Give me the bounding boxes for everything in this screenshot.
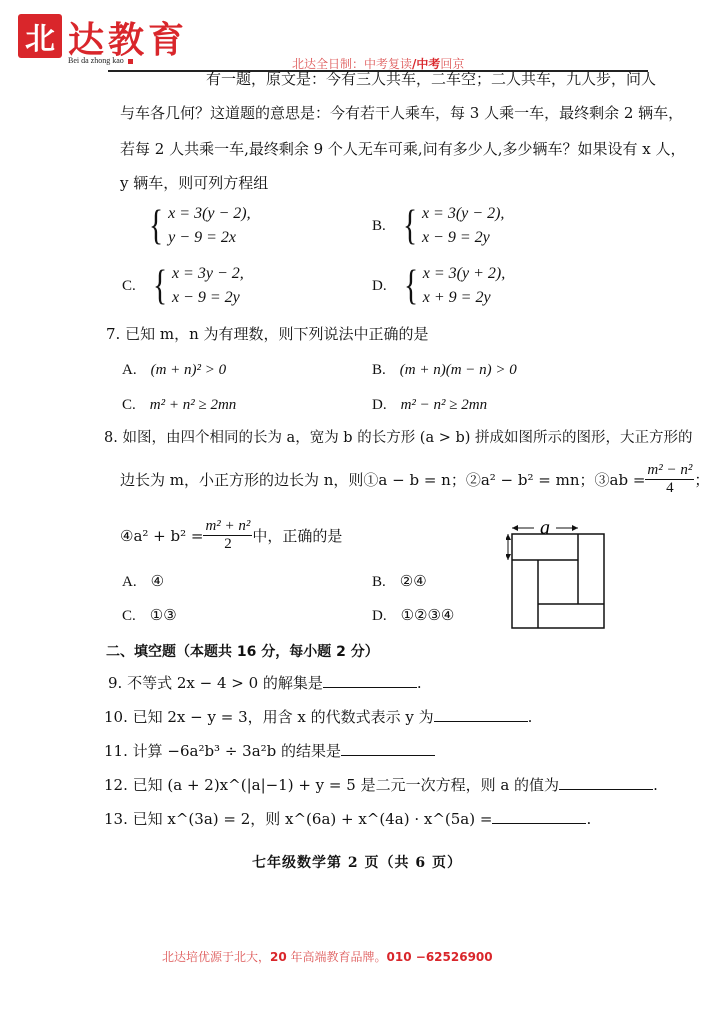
equation: x = 3y − 2, — [172, 262, 244, 286]
brace-icon: { — [404, 265, 418, 307]
q7-option-b[interactable]: B.(m + n)(m − n) > 0 — [372, 360, 517, 379]
option-text: (m + n)(m − n) > 0 — [400, 362, 517, 378]
page-number: 七年级数学第 2 页（共 6 页） — [252, 852, 462, 872]
option-text: ②④ — [400, 572, 427, 590]
option-label: D. — [372, 397, 387, 413]
question-text: 13. 已知 x^(3a) = 2，则 x^(6a) + x^(4a) · x^… — [104, 810, 492, 828]
fraction: m² − n²4 — [645, 462, 694, 497]
equation: x = 3(y + 2), — [423, 262, 505, 286]
option-text: m² + n² ≥ 2mn — [150, 397, 237, 413]
q12: 12. 已知 (a + 2)x^(|a|−1) + y = 5 是二元一次方程，… — [104, 774, 658, 795]
q8-line-2: 边长为 m，小正方形的边长为 n，则①a − b = n；②a² − b² = … — [120, 462, 709, 497]
fraction: m² + n²2 — [203, 518, 252, 553]
option-label: A. — [122, 574, 137, 590]
option-text: ①③ — [150, 606, 177, 624]
q8-text: ； — [694, 469, 709, 490]
q10: 10. 已知 2x − y = 3，用含 x 的代数式表示 y 为. — [104, 706, 532, 727]
q8-line-1: 8. 如图，由四个相同的长为 a，宽为 b 的长方形 (a > b) 拼成如图所… — [104, 426, 693, 447]
footer-advert: 北达培优源于北大，20 年高端教育品牌。010 −62526900 — [162, 948, 493, 965]
option-text: ④ — [151, 572, 164, 590]
section-title: 二、填空题（本题共 16 分，每小题 2 分） — [106, 641, 379, 661]
period: . — [586, 810, 591, 828]
answer-blank[interactable] — [323, 687, 417, 688]
equation: x = 3(y − 2), — [422, 202, 504, 226]
period: . — [653, 776, 658, 794]
brace-icon: { — [149, 205, 163, 247]
equation: x − 9 = 2y — [422, 226, 504, 250]
q6-line-4: y 辆车，则可列方程组 — [120, 172, 268, 193]
question-text: 11. 计算 −6a²b³ ÷ 3a²b 的结果是 — [104, 742, 341, 760]
option-label: C. — [122, 608, 136, 624]
answer-blank[interactable] — [341, 755, 435, 756]
answer-blank[interactable] — [434, 721, 528, 722]
equation: x − 9 = 2y — [172, 286, 244, 310]
brace-icon: { — [153, 265, 167, 307]
option-label: B. — [372, 218, 386, 235]
logo-subtitle: Bei da zhong kao — [68, 56, 133, 65]
answer-blank[interactable] — [559, 789, 653, 790]
q7-option-a[interactable]: A.(m + n)² > 0 — [122, 360, 226, 379]
q6-option-c[interactable]: C.{ x = 3y − 2,x − 9 = 2y — [122, 262, 244, 310]
q8-option-b[interactable]: B.②④ — [372, 572, 427, 591]
option-label: D. — [372, 278, 387, 295]
q8-option-d[interactable]: D.①②③④ — [372, 606, 454, 625]
equation: x + 9 = 2y — [423, 286, 505, 310]
answer-blank[interactable] — [492, 823, 586, 824]
q6-option-b[interactable]: B.{ x = 3(y − 2),x − 9 = 2y — [372, 202, 504, 250]
option-label: C. — [122, 278, 136, 295]
q7-option-d[interactable]: D.m² − n² ≥ 2mn — [372, 395, 487, 414]
q7-stem: 7. 已知 m，n 为有理数，则下列说法中正确的是 — [106, 323, 429, 344]
question-text: 9. 不等式 2x − 4 > 0 的解集是 — [108, 674, 323, 692]
option-label: D. — [372, 608, 387, 624]
period: . — [417, 674, 422, 692]
brace-icon: { — [403, 205, 417, 247]
q8-text: 边长为 m，小正方形的边长为 n，则①a − b = n；②a² − b² = … — [120, 469, 645, 490]
period: . — [528, 708, 533, 726]
q6-line-1: 有一题，原文是：今有三人共车，二车空；二人共车，九人步，问人 — [206, 68, 656, 89]
q8-text: ④a² + b² = — [120, 527, 203, 545]
equation: x = 3(y − 2), — [168, 202, 250, 226]
option-label: B. — [372, 574, 386, 590]
q8-option-c[interactable]: C.①③ — [122, 606, 177, 625]
option-label: C. — [122, 397, 136, 413]
q6-option-d[interactable]: D.{ x = 3(y + 2),x + 9 = 2y — [372, 262, 505, 310]
svg-text:a: a — [540, 520, 550, 539]
option-label: B. — [372, 362, 386, 378]
q7-option-c[interactable]: C.m² + n² ≥ 2mn — [122, 395, 236, 414]
option-text: ①②③④ — [401, 606, 455, 624]
q8-rectangles-figure: a b — [506, 520, 616, 644]
q13: 13. 已知 x^(3a) = 2，则 x^(6a) + x^(4a) · x^… — [104, 808, 591, 829]
equation: y − 9 = 2x — [168, 226, 250, 250]
q6-option-a[interactable]: { x = 3(y − 2),y − 9 = 2x — [146, 202, 251, 250]
logo-dot-icon — [128, 59, 133, 64]
option-label: A. — [122, 362, 137, 378]
logo-mark: 北 — [18, 14, 62, 58]
q8-line-3: ④a² + b² = m² + n²2 中，正确的是 — [120, 518, 342, 553]
q8-option-a[interactable]: A.④ — [122, 572, 164, 591]
question-text: 10. 已知 2x − y = 3，用含 x 的代数式表示 y 为 — [104, 708, 434, 726]
q6-line-2: 与车各几何？这道题的意思是：今有若干人乘车，每 3 人乘一车，最终剩余 2 辆车… — [120, 102, 683, 123]
option-text: (m + n)² > 0 — [151, 362, 227, 378]
option-text: m² − n² ≥ 2mn — [401, 397, 488, 413]
question-text: 12. 已知 (a + 2)x^(|a|−1) + y = 5 是二元一次方程，… — [104, 776, 559, 794]
q11: 11. 计算 −6a²b³ ÷ 3a²b 的结果是 — [104, 740, 435, 761]
q9: 9. 不等式 2x − 4 > 0 的解集是. — [108, 672, 422, 693]
q6-line-3: 若每 2 人共乘一车,最终剩余 9 个人无车可乘,问有多少人,多少辆车？如果设有… — [120, 138, 685, 159]
q8-text: 中，正确的是 — [252, 525, 342, 546]
